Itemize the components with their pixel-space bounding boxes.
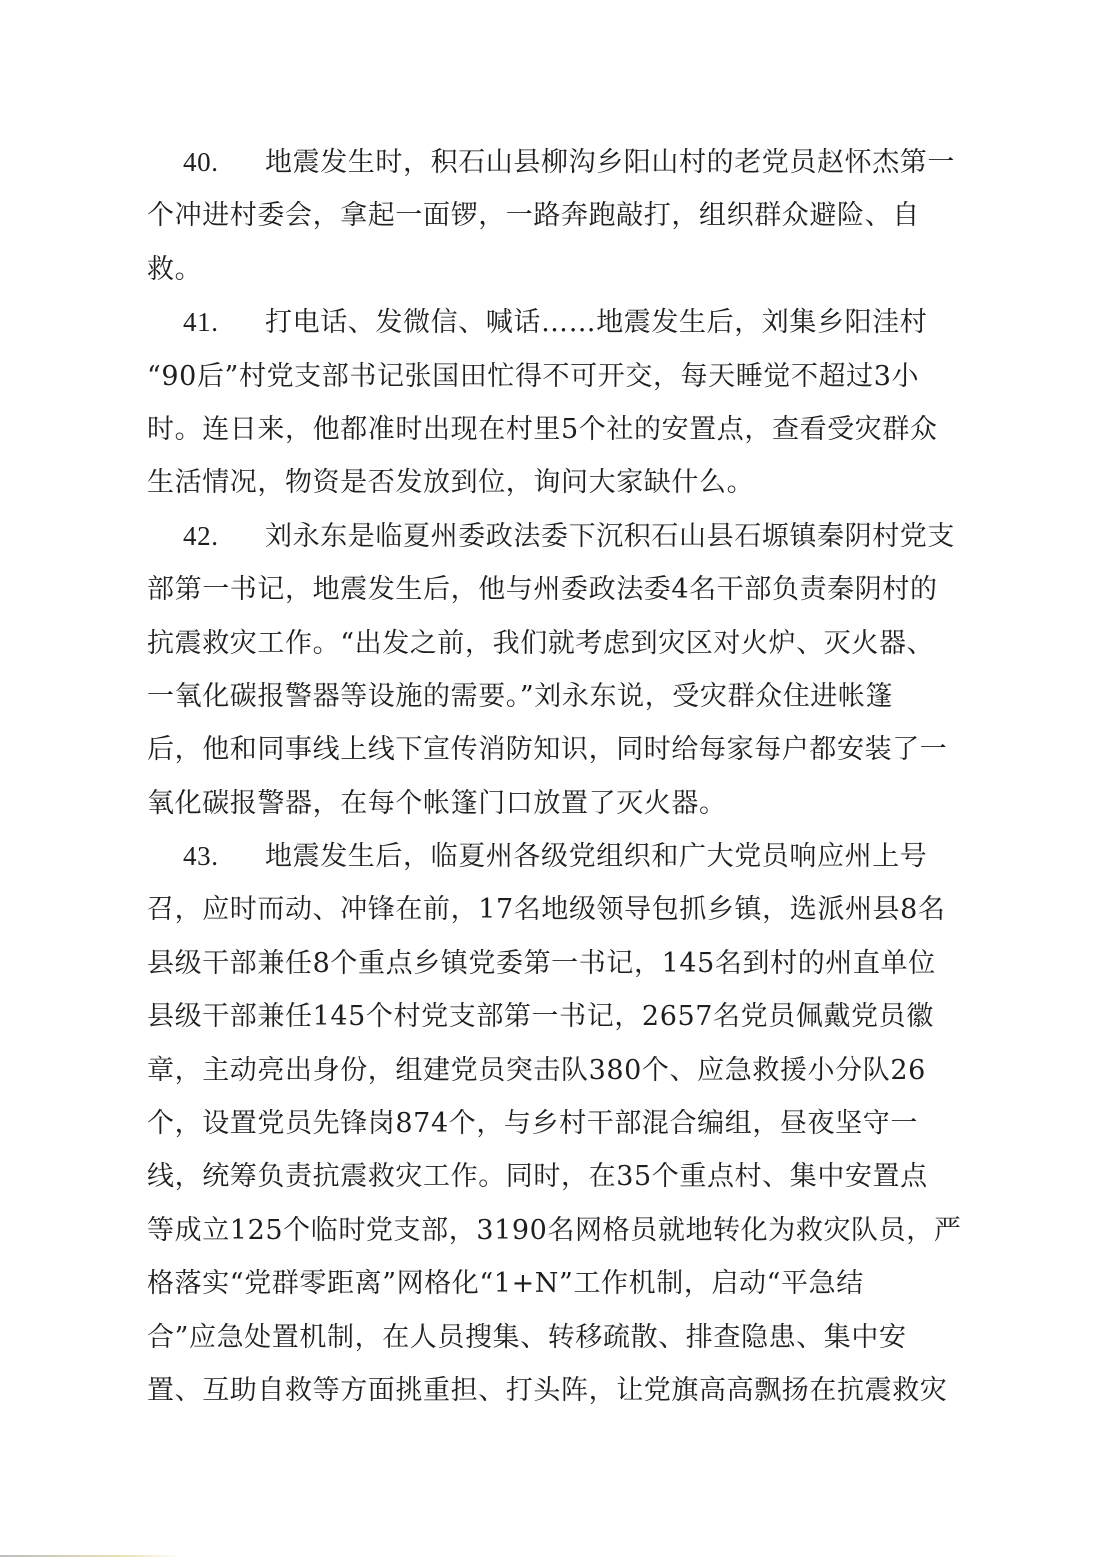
scan-edge-line — [0, 1555, 180, 1557]
text-line: 个，设置党员先锋岗874个，与乡村干部混合编组，昼夜坚守一 — [147, 1097, 953, 1150]
text-line: 抗震救灾工作。“出发之前，我们就考虑到灾区对火炉、灭火器、 — [147, 617, 953, 670]
paragraph-40: 40.地震发生时，积石山县柳沟乡阳山村的老党员赵怀杰第一 个冲进村委会，拿起一面… — [147, 136, 953, 296]
text-line: 合”应急处置机制，在人员搜集、转移疏散、排查隐患、集中安 — [147, 1311, 953, 1364]
paragraph-first-line: 40.地震发生时，积石山县柳沟乡阳山村的老党员赵怀杰第一 — [147, 136, 953, 189]
paragraph-first-line: 41.打电话、发微信、喊话……地震发生后，刘集乡阳洼村 — [147, 296, 953, 349]
text-line: 地震发生时，积石山县柳沟乡阳山村的老党员赵怀杰第一 — [265, 147, 955, 178]
text-line: 一氧化碳报警器等设施的需要。”刘永东说，受灾群众住进帐篷 — [147, 670, 953, 723]
text-line: 刘永东是临夏州委政法委下沉积石山县石塬镇秦阴村党支 — [265, 521, 955, 552]
text-line: 县级干部兼任145个村党支部第一书记，2657名党员佩戴党员徽 — [147, 990, 953, 1043]
text-line: 县级干部兼任8个重点乡镇党委第一书记，145名到村的州直单位 — [147, 937, 953, 990]
text-line: 部第一书记，地震发生后，他与州委政法委4名干部负责秦阴村的 — [147, 563, 953, 616]
text-line: 个冲进村委会，拿起一面锣，一路奔跑敲打，组织群众避险、自 — [147, 189, 953, 242]
paragraph-41: 41.打电话、发微信、喊话……地震发生后，刘集乡阳洼村 “90后”村党支部书记张… — [147, 296, 953, 510]
paragraph-43: 43.地震发生后，临夏州各级党组织和广大党员响应州上号 召，应时而动、冲锋在前，… — [147, 830, 953, 1417]
text-line: 氧化碳报警器，在每个帐篷门口放置了灭火器。 — [147, 777, 953, 830]
paragraph-first-line: 43.地震发生后，临夏州各级党组织和广大党员响应州上号 — [147, 830, 953, 883]
text-line: 生活情况，物资是否发放到位，询问大家缺什么。 — [147, 456, 953, 509]
text-line: 等成立125个临时党支部，3190名网格员就地转化为救灾队员，严 — [147, 1204, 953, 1257]
paragraph-number: 41. — [147, 296, 265, 349]
text-line: 地震发生后，临夏州各级党组织和广大党员响应州上号 — [265, 841, 927, 872]
text-line: 格落实“党群零距离”网格化“1+N”工作机制，启动“平急结 — [147, 1257, 953, 1310]
document-page: 40.地震发生时，积石山县柳沟乡阳山村的老党员赵怀杰第一 个冲进村委会，拿起一面… — [147, 136, 953, 1417]
paragraph-number: 43. — [147, 830, 265, 883]
paragraph-number: 40. — [147, 136, 265, 189]
paragraph-42: 42.刘永东是临夏州委政法委下沉积石山县石塬镇秦阴村党支 部第一书记，地震发生后… — [147, 510, 953, 830]
text-line: 章，主动亮出身份，组建党员突击队380个、应急救援小分队26 — [147, 1044, 953, 1097]
text-line: 线，统筹负责抗震救灾工作。同时，在35个重点村、集中安置点 — [147, 1150, 953, 1203]
text-line: 救。 — [147, 243, 953, 296]
paragraph-number: 42. — [147, 510, 265, 563]
paragraph-first-line: 42.刘永东是临夏州委政法委下沉积石山县石塬镇秦阴村党支 — [147, 510, 953, 563]
text-line: 后，他和同事线上线下宣传消防知识，同时给每家每户都安装了一 — [147, 723, 953, 776]
text-line: 召，应时而动、冲锋在前，17名地级领导包抓乡镇，选派州县8名 — [147, 883, 953, 936]
text-line: 打电话、发微信、喊话……地震发生后，刘集乡阳洼村 — [265, 307, 927, 338]
text-line: “90后”村党支部书记张国田忙得不可开交，每天睡觉不超过3小 — [147, 350, 953, 403]
text-line: 时。连日来，他都准时出现在村里5个社的安置点，查看受灾群众 — [147, 403, 953, 456]
text-line: 置、互助自救等方面挑重担、打头阵，让党旗高高飘扬在抗震救灾 — [147, 1364, 953, 1417]
